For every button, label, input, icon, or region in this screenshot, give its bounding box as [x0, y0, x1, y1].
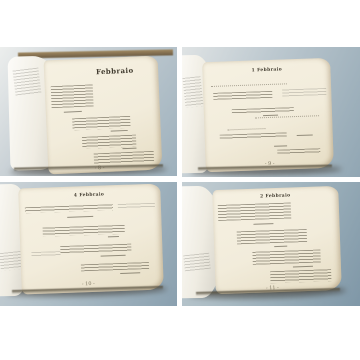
deckled-fore-edge: [332, 192, 348, 290]
text-block: [82, 134, 136, 149]
attribution-line: [254, 223, 274, 225]
deckled-fore-edge: [159, 61, 173, 169]
attribution-line: [293, 266, 313, 268]
text-block: [220, 132, 287, 140]
page-header: Febbraio: [76, 65, 154, 77]
photo-top-left: Febbraio - 8 -: [0, 47, 177, 176]
pencil-note: [32, 251, 61, 257]
left-page-faint-text: [183, 253, 211, 272]
attribution-line: [100, 255, 126, 257]
text-block: [25, 204, 113, 213]
photo-bottom-right: 2 Febbraio - 11 -: [182, 182, 360, 306]
page-header: 2 Febbraio: [241, 192, 309, 200]
attribution-line: [108, 236, 119, 237]
book-photo-collage: Febbraio - 8 - 1 Febbraio: [0, 0, 360, 360]
photo-top-right: 1 Febbraio - 9 -: [182, 47, 360, 177]
pencil-note: [118, 203, 155, 210]
text-block: [277, 148, 321, 154]
open-page: Febbraio - 8 -: [44, 56, 163, 175]
text-block: [81, 262, 149, 271]
left-page-faint-text: [182, 76, 203, 108]
text-block: [93, 150, 154, 164]
attribution-line: [275, 246, 288, 247]
text-block: [236, 229, 307, 245]
ruled-line: [211, 83, 288, 87]
attribution-line: [297, 134, 312, 136]
text-block: [218, 202, 292, 221]
text-block: [252, 250, 320, 265]
attribution-line: [64, 111, 82, 113]
attribution-line: [274, 145, 287, 146]
photo-bottom-left: 4 Febbraio - 10 -: [0, 182, 177, 306]
ruled-line: [228, 128, 266, 130]
page-header: 4 Febbraio: [51, 191, 128, 199]
deckled-fore-edge: [324, 63, 339, 169]
open-page: 2 Febbraio - 11 -: [212, 186, 342, 294]
text-block: [60, 244, 131, 254]
text-block: [72, 116, 131, 130]
attribution-line: [67, 216, 93, 218]
pencil-note: [282, 88, 326, 97]
left-page-faint-text: [0, 251, 23, 271]
left-page-faint-text: [13, 68, 42, 97]
attribution-line: [121, 272, 141, 274]
text-block: [213, 91, 272, 101]
text-block: [232, 108, 294, 115]
attribution-line: [111, 130, 128, 132]
page-header: 1 Febbraio: [232, 66, 301, 74]
open-page: 4 Febbraio - 10 -: [18, 184, 164, 295]
open-page: 1 Febbraio - 9 -: [202, 58, 334, 172]
text-block: [50, 85, 93, 108]
text-block: [42, 225, 125, 236]
text-block: [271, 269, 332, 283]
attribution-line: [123, 148, 137, 150]
deckled-fore-edge: [155, 190, 171, 290]
